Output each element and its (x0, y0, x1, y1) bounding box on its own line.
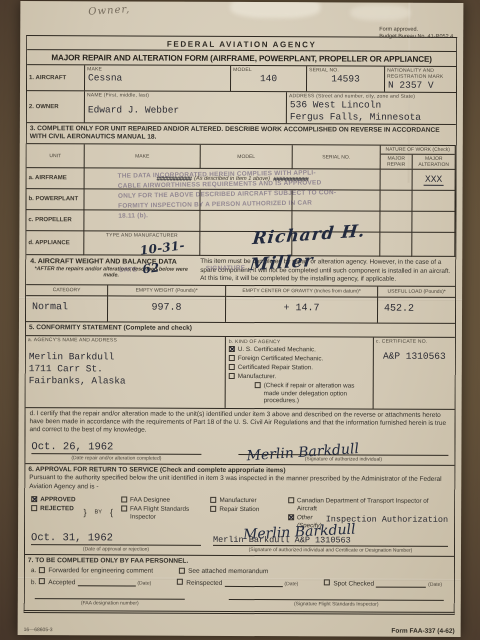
delegation-option-label: (Check if repair or alteration was made … (264, 382, 370, 405)
foreign-mechanic-checkbox (229, 355, 235, 361)
form-title: MAJOR REPAIR AND ALTERATION FORM (AIRFRA… (27, 49, 456, 67)
memorandum-label: See attached memorandum (188, 568, 268, 575)
by-label: BY (94, 495, 102, 530)
row-airframe-label: a. AIRFRAME (27, 169, 85, 190)
registration-label: NATIONALITY AND REGISTRATION MARK (385, 67, 456, 80)
manufacturer-label: Manufacturer. (238, 373, 277, 381)
stamp-signature-label: SIGNATURE (206, 264, 246, 275)
faa-designee-checkbox (121, 497, 127, 503)
serial-value: 14593 (307, 73, 384, 85)
scanned-form-paper: Owner, Form approved. Budget Bureau No. … (18, 1, 464, 637)
section6-date-value: Oct. 31, 1962 (31, 532, 201, 545)
rejected-label: REJECTED (40, 506, 74, 514)
owner-name-value: Edward J. Webber (85, 98, 286, 117)
spot-checked-date-caption: (Date) (428, 581, 442, 588)
canadian-dot-label: Canadian Department of Transport Inspect… (297, 498, 448, 514)
useful-load-label: USEFUL LOAD (Pounds)* (378, 287, 455, 298)
inspector-signature-caption: (Signature Flight Standards Inspector) (229, 600, 444, 608)
faa-form-337: FEDERAL AVIATION AGENCY MAJOR REPAIR AND… (24, 35, 458, 615)
row-powerplant-label: b. POWERPLANT (26, 190, 84, 211)
section7-signature-lines: (FAA designation number) (Signature Flig… (25, 588, 454, 612)
canadian-dot-checkbox (288, 498, 294, 504)
reinspected-label: Reinspected (186, 580, 222, 587)
owner-address-line1: 536 West Lincoln (287, 99, 456, 112)
empty-weight-value: 997.8 (108, 297, 225, 323)
accepted-checkbox (39, 578, 45, 584)
category-value: Normal (26, 297, 107, 322)
us-mechanic-label: U. S. Certificated Mechanic. (238, 346, 316, 354)
col-model: MODEL (201, 145, 293, 169)
empty-weight-label: EMPTY WEIGHT (Pounds)* (108, 286, 225, 298)
aircraft-row: 1. AIRCRAFT MAKE Cessna MODEL 140 SERIAL… (27, 65, 456, 93)
reinspected-checkbox (177, 579, 183, 585)
section3-heading: 3. COMPLETE ONLY FOR UNIT REPAIRED AND/O… (27, 123, 456, 146)
certificate-no-label: c. CERTIFICATE NO. (374, 337, 455, 344)
repair-station-by-checkbox (210, 506, 216, 512)
agency-street-value: 1711 Carr St. (26, 363, 225, 376)
pencil-note: Owner, (88, 4, 131, 18)
section6-signature-row: Oct. 31, 1962 (Date of approval or rejec… (25, 532, 454, 557)
owner-row-label: 2. OWNER (27, 91, 85, 122)
approved-checkbox (31, 497, 37, 503)
manufacturer-checkbox (229, 373, 235, 379)
kind-of-agency-label: b. KIND OF AGENCY (229, 338, 370, 346)
faa-flight-standards-label: FAA Flight Standards Inspector (130, 506, 202, 521)
section5-date-caption: (Date repair and/or alteration completed… (31, 454, 201, 462)
col-make: MAKE (85, 145, 201, 170)
reinspected-date-caption: (Date) (284, 580, 298, 587)
page-footer: 16—68605-3 Form FAA-337 (4-62) (24, 626, 455, 635)
certificate-no-value: A&P 1310563 (374, 344, 455, 362)
nature-of-work-label: NATURE OF WORK (Check) (381, 146, 455, 155)
row-appliance-label: d. APPLIANCE (26, 232, 84, 256)
owner-address-line2: Fergus Falls, Minnesota (287, 111, 456, 124)
faa-designee-label: FAA Designee (130, 497, 170, 505)
col-unit: UNIT (27, 145, 85, 169)
stamp-date-label: DATE (119, 266, 137, 276)
us-mechanic-checkbox (229, 346, 235, 352)
cg-value: + 14.7 (226, 297, 377, 323)
model-value: 140 (231, 73, 306, 85)
section5-date-value: Oct. 26, 1962 (31, 441, 201, 454)
manufacturer-by-label: Manufacturer (219, 497, 256, 505)
faa-designation-caption: (FAA designation number) (35, 599, 185, 607)
section5-signature-row: Oct. 26, 1962 (Date repair and/or altera… (25, 437, 454, 466)
category-label: CATEGORY (26, 286, 107, 297)
accepted-label: Accepted (48, 579, 75, 586)
conformity-stamp: THE DATA INCORPORATED HEREIN COMPLIES WI… (118, 167, 432, 276)
forwarded-label: Forwarded for engineering comment (48, 567, 153, 574)
row-a-prefix: a. (31, 567, 36, 574)
registration-value: N 2357 V (385, 80, 456, 92)
rejected-checkbox (31, 506, 37, 512)
unit-table: UNIT MAKE MODEL SERIAL NO. NATURE OF WOR… (26, 145, 455, 258)
tape-patch (230, 1, 320, 18)
repair-station-by-label: Repair Station (219, 506, 259, 514)
section6-approval-grid: APPROVED REJECTED } BY { FAA Designee FA… (25, 493, 454, 534)
certify-statement: d. I certify that the repair and/or alte… (25, 408, 454, 439)
section6-pursuant: Pursuant to the authority specified belo… (25, 474, 454, 495)
manufacturer-by-checkbox (210, 497, 216, 503)
owner-row: 2. OWNER NAME (First, middle, last) Edwa… (27, 91, 456, 125)
spot-checked-checkbox (324, 579, 330, 585)
memorandum-checkbox (179, 568, 185, 574)
other-specify-checkbox (288, 514, 294, 520)
repair-station-checkbox (229, 364, 235, 370)
make-value: Cessna (85, 72, 230, 85)
row-propeller-label: c. PROPELLER (26, 211, 84, 232)
stamp-date-value: 10-31-62 (139, 235, 204, 279)
forwarded-checkbox (39, 567, 45, 573)
repair-station-label: Certificated Repair Station. (238, 364, 313, 372)
spot-checked-label: Spot Checked (333, 580, 374, 587)
form-number: Form FAA-337 (4-62) (391, 628, 454, 635)
row-b-prefix: b. (31, 579, 36, 586)
stamp-signature-value: Richard H. Miller (248, 214, 433, 280)
section5-grid: a. AGENCY'S NAME AND ADDRESS Merlin Bark… (26, 336, 455, 410)
weight-balance-table: CATEGORY Normal EMPTY WEIGHT (Pounds)* 9… (26, 286, 455, 325)
tape-patch (350, 4, 410, 20)
aircraft-row-label: 1. AIRCRAFT (27, 65, 85, 90)
foreign-mechanic-label: Foreign Certificated Mechanic. (238, 355, 323, 363)
section6-date-caption: (Date of approval or rejection) (31, 545, 201, 553)
col-serial: SERIAL NO. (293, 146, 381, 170)
approved-label: APPROVED (40, 497, 75, 505)
cg-label: EMPTY CENTER OF GRAVITY (Inches from dat… (226, 286, 377, 298)
agency-name-value: Merlin Barkdull (26, 343, 225, 364)
faa-flight-standards-checkbox (121, 506, 127, 512)
accepted-date-caption: (Date) (137, 579, 151, 586)
section6-signature-caption: (Signature of authorized individual and … (213, 546, 448, 554)
useful-load-value: 452.2 (378, 298, 455, 323)
agency-city-value: Fairbanks, Alaska (26, 375, 225, 388)
delegation-option-checkbox (255, 382, 261, 388)
print-code: 16—68605-3 (24, 627, 53, 633)
